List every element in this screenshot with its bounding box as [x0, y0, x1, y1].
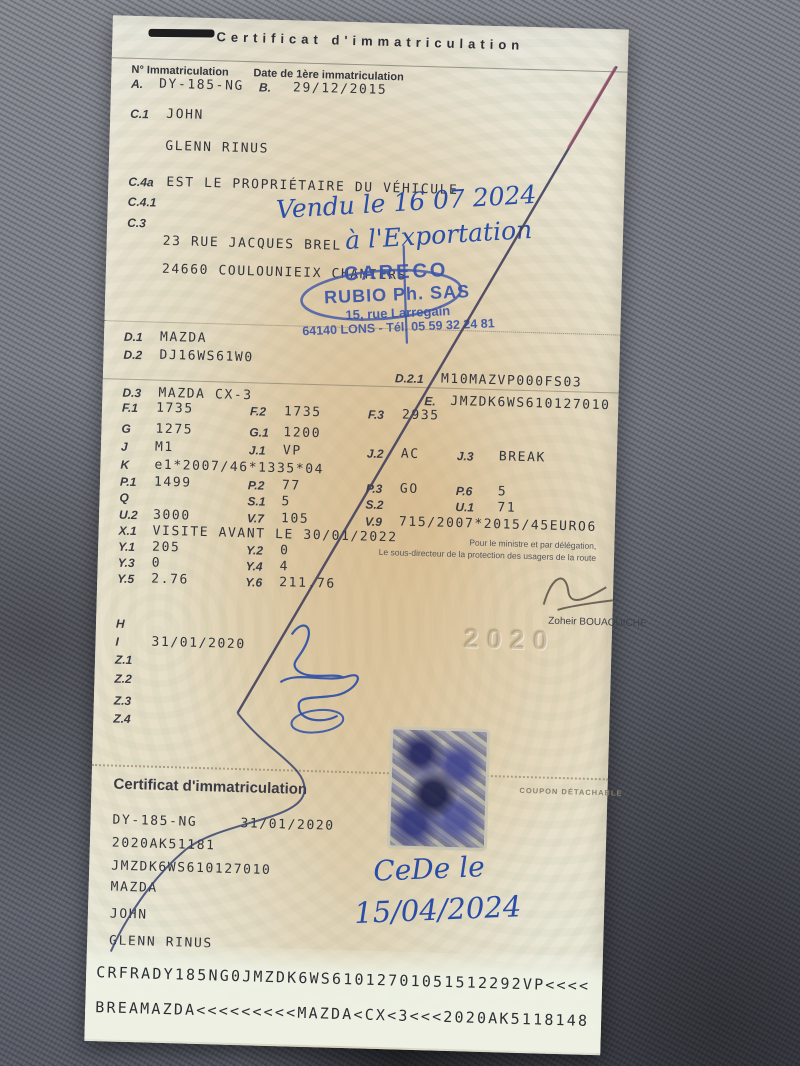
spec-value: 211.76 [279, 575, 336, 592]
spec-value: 205 [152, 540, 181, 556]
spec-value: 2935 [402, 407, 440, 423]
holder-signature-loop [290, 707, 344, 735]
field-c1-code: C.1 [130, 107, 149, 122]
spec-code: F.2 [250, 404, 266, 418]
spec-value: 5 [498, 484, 508, 499]
coupon-first-name: JOHN [110, 907, 148, 923]
field-d1-code: D.1 [124, 330, 143, 345]
spec-code: Y.4 [245, 559, 262, 573]
spec-value: 4 [279, 559, 289, 574]
coupon-vin: JMZDK6WS610127010 [111, 859, 272, 878]
spec-code: G.1 [249, 425, 269, 440]
spec-code: J.2 [367, 447, 384, 461]
registration-certificate: Certificat d'immatriculation N° Immatric… [84, 15, 628, 1055]
spec-value: AC [401, 446, 420, 462]
vehicle-make: MAZDA [160, 330, 208, 346]
spec-code: Y.6 [245, 575, 262, 589]
holder-last-name: GLENN RINUS [165, 139, 269, 157]
field-z1-code: Z.1 [115, 653, 133, 667]
field-h-code: H [116, 617, 125, 631]
field-d2-code: D.2 [123, 348, 142, 363]
spec-code: Q [119, 491, 129, 505]
spec-value: 3000 [153, 508, 191, 524]
first-reg-date-value: 29/12/2015 [293, 80, 388, 98]
field-e-code: E. [424, 394, 436, 408]
spec-value: GO [400, 481, 419, 497]
spec-code: V.7 [247, 511, 264, 525]
spec-value: 0 [280, 543, 290, 558]
spec-code: P.6 [456, 484, 473, 498]
mrz-strip [84, 943, 602, 1053]
cancellation-line-red-tip [568, 66, 615, 149]
field-d3-code: D.3 [122, 386, 141, 401]
issue-date-value: 31/01/2020 [151, 635, 246, 653]
dealer-stamp: CARECO RUBIO Ph. SAS 15, rue Larregain 6… [266, 256, 529, 340]
spec-code: V.9 [365, 514, 382, 528]
holder-first-name: JOHN [166, 107, 204, 123]
field-b-code: B. [259, 80, 271, 94]
hologram-sticker [390, 729, 487, 848]
spec-code: P.3 [366, 482, 383, 496]
spec-code: Y.3 [118, 556, 135, 570]
coupon-date: 31/01/2020 [240, 816, 335, 834]
field-i-code: I [115, 635, 119, 649]
spec-value: 1200 [283, 425, 321, 441]
spec-code: U.1 [455, 500, 474, 515]
coupon-cert-number: 2020AK51181 [112, 836, 216, 854]
spec-code: S.2 [365, 498, 383, 512]
handwritten-sold-note-line2: à l'Exportation [344, 215, 533, 255]
spec-code: F.1 [122, 401, 138, 415]
field-z3-code: Z.3 [114, 694, 132, 708]
spec-code: K [120, 458, 129, 472]
spec-code: U.2 [119, 508, 138, 523]
spec-value: 71 [497, 500, 516, 516]
spec-value: 1735 [156, 401, 194, 417]
spec-code: P.1 [120, 475, 137, 489]
holder-signature [279, 625, 359, 721]
spec-code: G [121, 422, 131, 436]
coupon-detach-label: COUPON DÉTACHABLE [519, 786, 622, 798]
spec-code: S.1 [247, 494, 265, 508]
reg-number-value: DY-185-NG [159, 77, 244, 94]
spec-code: Y.5 [117, 572, 134, 586]
spec-code: P.2 [248, 478, 265, 492]
spec-code: J [121, 440, 128, 454]
field-z2-code: Z.2 [114, 672, 132, 686]
coupon-reg-number: DY-185-NG [112, 813, 197, 830]
spec-value: 1735 [284, 404, 322, 420]
spec-code: X.1 [118, 524, 136, 538]
year-watermark: 2020 [463, 623, 556, 657]
field-c4a-code: C.4a [128, 175, 154, 190]
field-c41-code: C.4.1 [128, 195, 157, 210]
signer-name: Zoheir BOUAOUICHE [548, 616, 647, 630]
spec-value: 77 [282, 478, 301, 494]
spec-value: BREAK [499, 449, 547, 465]
spec-value: 1499 [154, 475, 192, 491]
field-z4-code: Z.4 [113, 712, 131, 726]
spec-value: 0 [151, 556, 161, 571]
redaction-mark [148, 29, 214, 38]
field-c3-code: C.3 [127, 216, 146, 231]
coupon-heading: Certificat d'immatriculation [113, 776, 307, 798]
handwritten-ceded-note-line1: CeDe le [373, 850, 486, 888]
spec-value: 1275 [155, 422, 193, 438]
spec-value: M1 [155, 440, 174, 456]
field-d21-code: D.2.1 [395, 371, 424, 386]
spec-code: J.3 [457, 449, 474, 463]
spec-code: Y.2 [246, 543, 263, 557]
spec-value: 5 [281, 494, 291, 509]
spec-value: 105 [281, 511, 310, 527]
field-a-code: A. [131, 77, 143, 91]
spec-code: Y.1 [118, 540, 135, 554]
spec-code: F.3 [368, 408, 384, 422]
spec-value: VP [283, 443, 302, 459]
spec-code: J.1 [249, 443, 266, 457]
vehicle-type-code: DJ16WS61W0 [159, 348, 254, 366]
handwritten-ceded-note-line2: 15/04/2024 [354, 889, 522, 930]
address-line1: 23 RUE JACQUES BREL [162, 234, 341, 254]
spec-value: 2.76 [151, 572, 189, 588]
coupon-make: MAZDA [110, 880, 158, 896]
